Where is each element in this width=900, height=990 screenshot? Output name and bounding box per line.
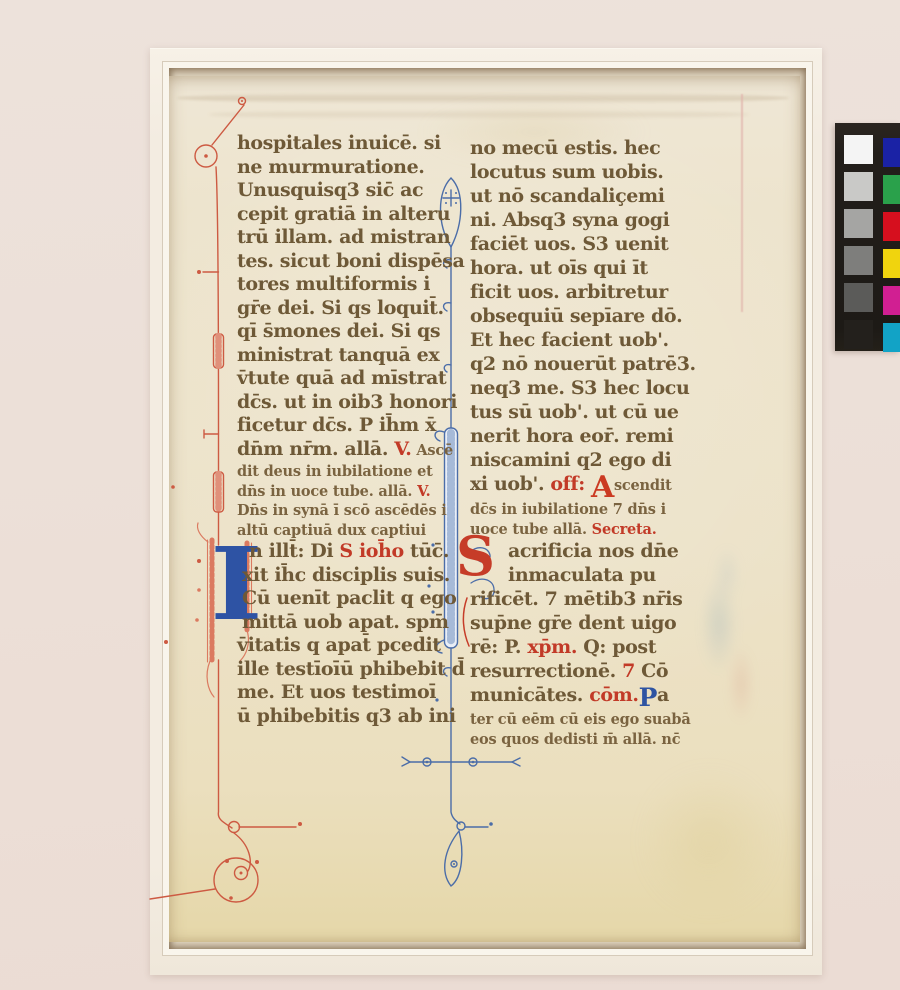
text-line: ille testīoīū phibebit d̄ xyxy=(237,658,433,682)
text-segment: niscamini q2 ego di xyxy=(470,449,671,471)
text-line: v̄tute quā ad mīstrat xyxy=(237,367,433,391)
text-segment: rē: P. xyxy=(470,636,527,658)
text-segment: ficetur dc̄s. P ih̄m x̄ xyxy=(237,414,436,436)
text-line: hora. ut oīs qui īt xyxy=(470,256,688,280)
text-segment: municātes. xyxy=(470,684,589,706)
text-segment: gr̄e dei. Si qs loquit̄. xyxy=(237,297,444,319)
text-segment: Secreta. xyxy=(592,521,657,538)
text-segment: Cō xyxy=(635,660,668,682)
text-segment: altū captiuā dux captiui xyxy=(237,522,426,539)
text-segment: xi uob'. xyxy=(470,473,550,495)
text-segment: inmaculata pu xyxy=(508,564,656,586)
text-segment: P xyxy=(639,683,657,712)
text-segment: V. xyxy=(394,438,411,460)
text-line: dc̄s. ut in oib3 honori xyxy=(237,391,433,415)
text-segment: Unusquisq3 sic̄ ac xyxy=(237,179,423,201)
photo-backdrop: { "scene": { "background_color": "#ecdfd… xyxy=(0,0,900,990)
text-line: altū captiuā dux captiui xyxy=(237,521,433,541)
text-segment: v̄itatis q apat̄ pcedit xyxy=(237,634,441,656)
text-segment: cōm. xyxy=(589,684,638,706)
calibration-patch xyxy=(844,320,873,349)
text-segment: dn̄m nr̄m. allā. xyxy=(237,438,394,460)
text-segment: Q: post xyxy=(577,636,656,658)
calibration-color-column xyxy=(883,138,900,360)
calibration-patch xyxy=(883,138,900,167)
text-line: mittā uob apat. spm̄ xyxy=(237,611,433,635)
text-segment: ficit uos. arbitretur xyxy=(470,281,668,303)
text-line: locutus sum uobis. xyxy=(470,160,688,184)
calibration-patch xyxy=(883,286,900,315)
text-line: neq3 me. S3 hec locu xyxy=(470,376,688,400)
text-segment: 7 xyxy=(622,660,635,682)
pen-flourishes xyxy=(0,0,900,990)
calibration-patch xyxy=(844,209,873,238)
text-line: qī s̄mones dei. Si qs xyxy=(237,320,433,344)
left-text-column: hospitales inuicē. sine murmuratione.Unu… xyxy=(237,132,433,728)
text-segment: ter cū eēm cū eis ego suabā xyxy=(470,711,691,728)
text-line: ficetur dc̄s. P ih̄m x̄ xyxy=(237,414,433,438)
text-line: acrificia nos dn̄e xyxy=(470,539,688,563)
text-line: v̄itatis q apat̄ pcedit xyxy=(237,634,433,658)
text-segment: ille testīoīū phibebit d̄ xyxy=(237,658,465,680)
text-segment: sup̄ne gr̄e dent uigo xyxy=(470,612,676,634)
text-line: ter cū eēm cū eis ego suabā xyxy=(470,710,688,730)
text-segment: tus sū uob'. ut cū ue xyxy=(470,401,679,423)
text-line: obsequiū sepīare dō. xyxy=(470,304,688,328)
text-segment: dn̄s in uoce tube. allā. xyxy=(237,483,417,500)
text-segment: hospitales inuicē. si xyxy=(237,132,441,154)
text-line: sup̄ne gr̄e dent uigo xyxy=(470,611,688,635)
text-line: tes. sicut boni dispēsa xyxy=(237,250,433,274)
text-line: ni. Absq3 syna gogi xyxy=(470,208,688,232)
text-segment: Cū uenīt paclit q ego xyxy=(242,587,456,609)
calibration-patch xyxy=(883,175,900,204)
text-segment: no mecū estis. hec xyxy=(470,137,660,159)
text-segment: trū illam. ad mistran xyxy=(237,226,450,248)
text-segment: tūc̄. xyxy=(404,540,449,562)
text-line: q2 nō nouerūt patrē3. xyxy=(470,352,688,376)
text-line: uoce tube allā. Secreta. xyxy=(470,520,688,540)
text-line: inmaculata pu xyxy=(470,563,688,587)
text-segment: obsequiū sepīare dō. xyxy=(470,305,682,327)
text-line: dn̄m nr̄m. allā. V. Ascē xyxy=(237,438,433,463)
text-segment: ne murmuratione. xyxy=(237,156,424,178)
text-line: me. Et uos testimoī xyxy=(237,681,433,705)
text-line: nerit hora eor̄. remi xyxy=(470,424,688,448)
text-segment: acrificia nos dn̄e xyxy=(508,540,678,562)
calibration-patch xyxy=(883,323,900,352)
text-segment: rificēt. 7 mētib3 nr̄is xyxy=(470,588,682,610)
text-line: n illt̄: Di S ioh̄o tūc̄. xyxy=(237,540,433,564)
text-line: gr̄e dei. Si qs loquit̄. xyxy=(237,297,433,321)
text-segment: scendit xyxy=(614,477,672,494)
text-line: xi uob'. off: Ascendit xyxy=(470,472,688,500)
text-segment: ni. Absq3 syna gogi xyxy=(470,209,669,231)
text-segment: tes. sicut boni dispēsa xyxy=(237,250,464,272)
right-text-column: no mecū estis. heclocutus sum uobis.ut n… xyxy=(470,136,688,749)
text-line: Cū uenīt paclit q ego xyxy=(237,587,433,611)
text-segment: hora. ut oīs qui īt xyxy=(470,257,648,279)
text-line: ū phibebitis q3 ab ini xyxy=(237,705,433,729)
calibration-patch xyxy=(883,212,900,241)
text-line: eos quos dedisti m̄ allā. nc̄ xyxy=(470,730,688,750)
text-segment: a xyxy=(657,684,669,706)
calibration-patch xyxy=(844,246,873,275)
text-line: faciēt uos. S3 uenit xyxy=(470,232,688,256)
calibration-patch xyxy=(844,283,873,312)
text-segment: off: xyxy=(550,473,591,495)
text-segment: ut nō scandaliçemi xyxy=(470,185,665,207)
text-line: ficit uos. arbitretur xyxy=(470,280,688,304)
text-segment: tores multiformis i xyxy=(237,273,430,295)
text-segment: v̄tute quā ad mīstrat xyxy=(237,367,446,389)
calibration-patch xyxy=(844,172,873,201)
text-line: Unusquisq3 sic̄ ac xyxy=(237,179,433,203)
text-line: no mecū estis. hec xyxy=(470,136,688,160)
text-segment: uoce tube allā. xyxy=(470,521,592,538)
text-line: tus sū uob'. ut cū ue xyxy=(470,400,688,424)
text-segment: S ioh̄o xyxy=(339,540,403,562)
text-line: resurrectionē. 7 Cō xyxy=(470,659,688,683)
text-segment: ministrat tanquā ex xyxy=(237,344,439,366)
text-segment: locutus sum uobis. xyxy=(470,161,664,183)
text-line: ministrat tanquā ex xyxy=(237,344,433,368)
text-line: rē: P. xp̄m. Q: post xyxy=(470,635,688,659)
text-line: hospitales inuicē. si xyxy=(237,132,433,156)
text-segment: dc̄s. ut in oib3 honori xyxy=(237,391,457,413)
text-segment: resurrectionē. xyxy=(470,660,622,682)
text-line: trū illam. ad mistran xyxy=(237,226,433,250)
text-segment: nerit hora eor̄. remi xyxy=(470,425,673,447)
text-segment: qī s̄mones dei. Si qs xyxy=(237,320,440,342)
text-line: ne murmuratione. xyxy=(237,156,433,180)
text-line: Et hec facient uob'. xyxy=(470,328,688,352)
text-segment: mittā uob apat. spm̄ xyxy=(242,611,449,633)
text-line: rificēt. 7 mētib3 nr̄is xyxy=(470,587,688,611)
text-segment: eos quos dedisti m̄ allā. nc̄ xyxy=(470,731,680,748)
text-segment: neq3 me. S3 hec locu xyxy=(470,377,689,399)
text-segment: Et hec facient uob'. xyxy=(470,329,669,351)
text-segment: xp̄m. xyxy=(527,636,577,658)
text-segment: q2 nō nouerūt patrē3. xyxy=(470,353,696,375)
text-line: cepit gratiā in alteru xyxy=(237,203,433,227)
calibration-patch xyxy=(844,135,873,164)
calibration-gray-column xyxy=(844,135,873,357)
text-line: xit ih̄c disciplis suis. xyxy=(237,564,433,588)
color-calibration-chart xyxy=(835,123,900,351)
text-line: tores multiformis i xyxy=(237,273,433,297)
text-line: Dn̄s in synā ī scō ascēdēs i xyxy=(237,501,433,521)
text-line: municātes. cōm.Pa xyxy=(470,683,688,710)
text-line: niscamini q2 ego di xyxy=(470,448,688,472)
text-segment: cepit gratiā in alteru xyxy=(237,203,450,225)
text-segment: V. xyxy=(417,483,430,500)
text-segment: xit ih̄c disciplis suis. xyxy=(242,564,450,586)
calibration-patch xyxy=(883,249,900,278)
text-segment: faciēt uos. S3 uenit xyxy=(470,233,668,255)
text-segment: n illt̄: Di xyxy=(249,540,339,562)
text-segment: Ascē xyxy=(412,442,454,459)
text-segment: dc̄s in iubilatione 7 dn̄s i xyxy=(470,501,666,518)
text-segment: me. Et uos testimoī xyxy=(237,681,436,703)
text-segment: Dn̄s in synā ī scō ascēdēs i xyxy=(237,502,447,519)
text-line: dn̄s in uoce tube. allā. V. xyxy=(237,482,433,502)
text-line: dc̄s in iubilatione 7 dn̄s i xyxy=(470,500,688,520)
text-segment: ū phibebitis q3 ab ini xyxy=(237,705,456,727)
text-line: ut nō scandaliçemi xyxy=(470,184,688,208)
text-line: dit deus in iubilatione et xyxy=(237,462,433,482)
text-segment: dit deus in iubilatione et xyxy=(237,463,433,480)
